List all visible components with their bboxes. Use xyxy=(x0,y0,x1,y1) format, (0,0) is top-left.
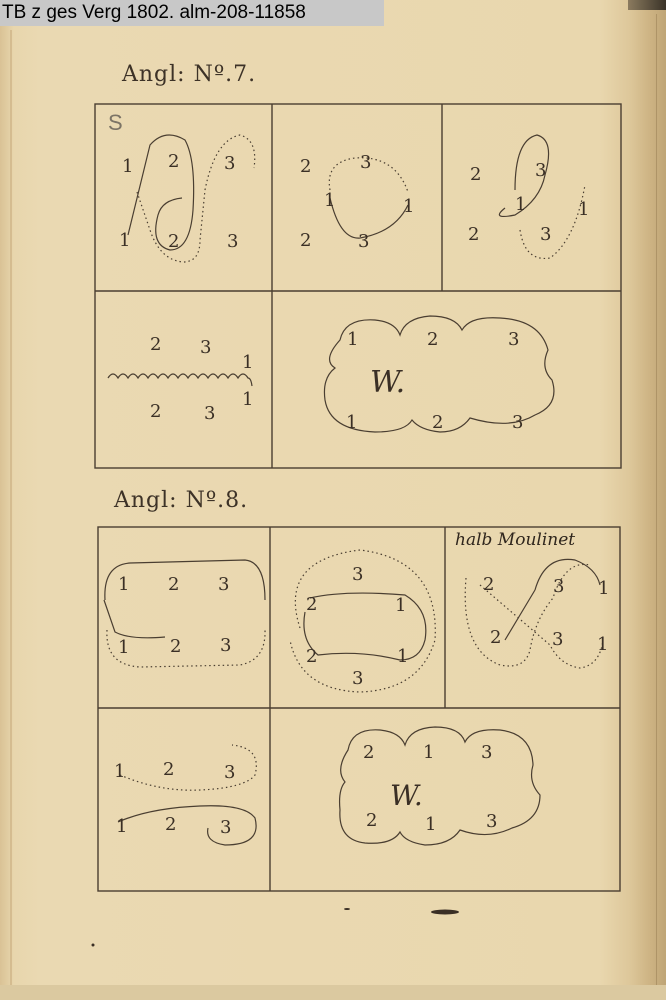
svg-text:2: 2 xyxy=(427,329,438,350)
svg-text:2: 2 xyxy=(490,627,501,648)
svg-text:2: 2 xyxy=(470,164,481,185)
svg-text:3: 3 xyxy=(540,224,551,245)
svg-text:3: 3 xyxy=(481,742,492,763)
svg-text:1: 1 xyxy=(423,742,434,763)
svg-text:1: 1 xyxy=(114,761,125,782)
svg-text:1: 1 xyxy=(242,352,253,373)
svg-text:1: 1 xyxy=(346,412,357,433)
svg-text:3: 3 xyxy=(512,412,523,433)
svg-text:3: 3 xyxy=(204,403,215,424)
svg-text:3: 3 xyxy=(227,231,238,252)
svg-text:2: 2 xyxy=(300,156,311,177)
svg-text:3: 3 xyxy=(200,337,211,358)
svg-text:3: 3 xyxy=(535,160,546,181)
svg-text:1: 1 xyxy=(119,230,130,251)
svg-text:1: 1 xyxy=(116,816,127,837)
svg-text:2: 2 xyxy=(468,224,479,245)
svg-text:1: 1 xyxy=(597,634,608,655)
svg-text:2: 2 xyxy=(306,594,317,615)
svg-text:2: 2 xyxy=(306,646,317,667)
svg-text:2: 2 xyxy=(163,759,174,780)
svg-text:1: 1 xyxy=(397,646,408,667)
svg-text:3: 3 xyxy=(553,576,564,597)
svg-text:2: 2 xyxy=(366,810,377,831)
svg-text:2: 2 xyxy=(483,574,494,595)
svg-text:3: 3 xyxy=(220,817,231,838)
svg-text:3: 3 xyxy=(360,152,371,173)
svg-text:2: 2 xyxy=(165,814,176,835)
svg-text:3: 3 xyxy=(508,329,519,350)
svg-text:3: 3 xyxy=(224,153,235,174)
svg-text:1: 1 xyxy=(425,814,436,835)
svg-text:1: 1 xyxy=(578,199,589,220)
svg-text:2: 2 xyxy=(363,742,374,763)
svg-text:1: 1 xyxy=(347,329,358,350)
svg-text:2: 2 xyxy=(170,636,181,657)
svg-text:2: 2 xyxy=(150,334,161,355)
svg-text:3: 3 xyxy=(486,811,497,832)
svg-text:3: 3 xyxy=(218,574,229,595)
svg-text:3: 3 xyxy=(552,629,563,650)
svg-text:1: 1 xyxy=(118,637,129,658)
svg-text:1: 1 xyxy=(242,389,253,410)
svg-text:1: 1 xyxy=(403,196,414,217)
svg-text:3: 3 xyxy=(220,635,231,656)
svg-text:W.: W. xyxy=(390,779,423,812)
svg-text:W.: W. xyxy=(370,365,405,400)
svg-text:3: 3 xyxy=(224,762,235,783)
svg-text:2: 2 xyxy=(168,574,179,595)
svg-text:1: 1 xyxy=(122,156,133,177)
svg-text:2: 2 xyxy=(168,151,179,172)
svg-text:1: 1 xyxy=(118,574,129,595)
svg-text:2: 2 xyxy=(150,401,161,422)
svg-text:3: 3 xyxy=(352,668,363,689)
svg-text:1: 1 xyxy=(395,595,406,616)
svg-text:2: 2 xyxy=(432,412,443,433)
dance-figure-diagrams: 1 2 3 1 2 3 2 3 1 2 3 1 2 3 1 2 3 1 2 3 … xyxy=(0,0,666,1000)
svg-text:2: 2 xyxy=(300,230,311,251)
svg-text:1: 1 xyxy=(598,578,609,599)
svg-text:3: 3 xyxy=(352,564,363,585)
svg-text:3: 3 xyxy=(358,231,369,252)
svg-text:2: 2 xyxy=(168,231,179,252)
svg-text:1: 1 xyxy=(515,194,526,215)
svg-text:1: 1 xyxy=(324,190,335,211)
